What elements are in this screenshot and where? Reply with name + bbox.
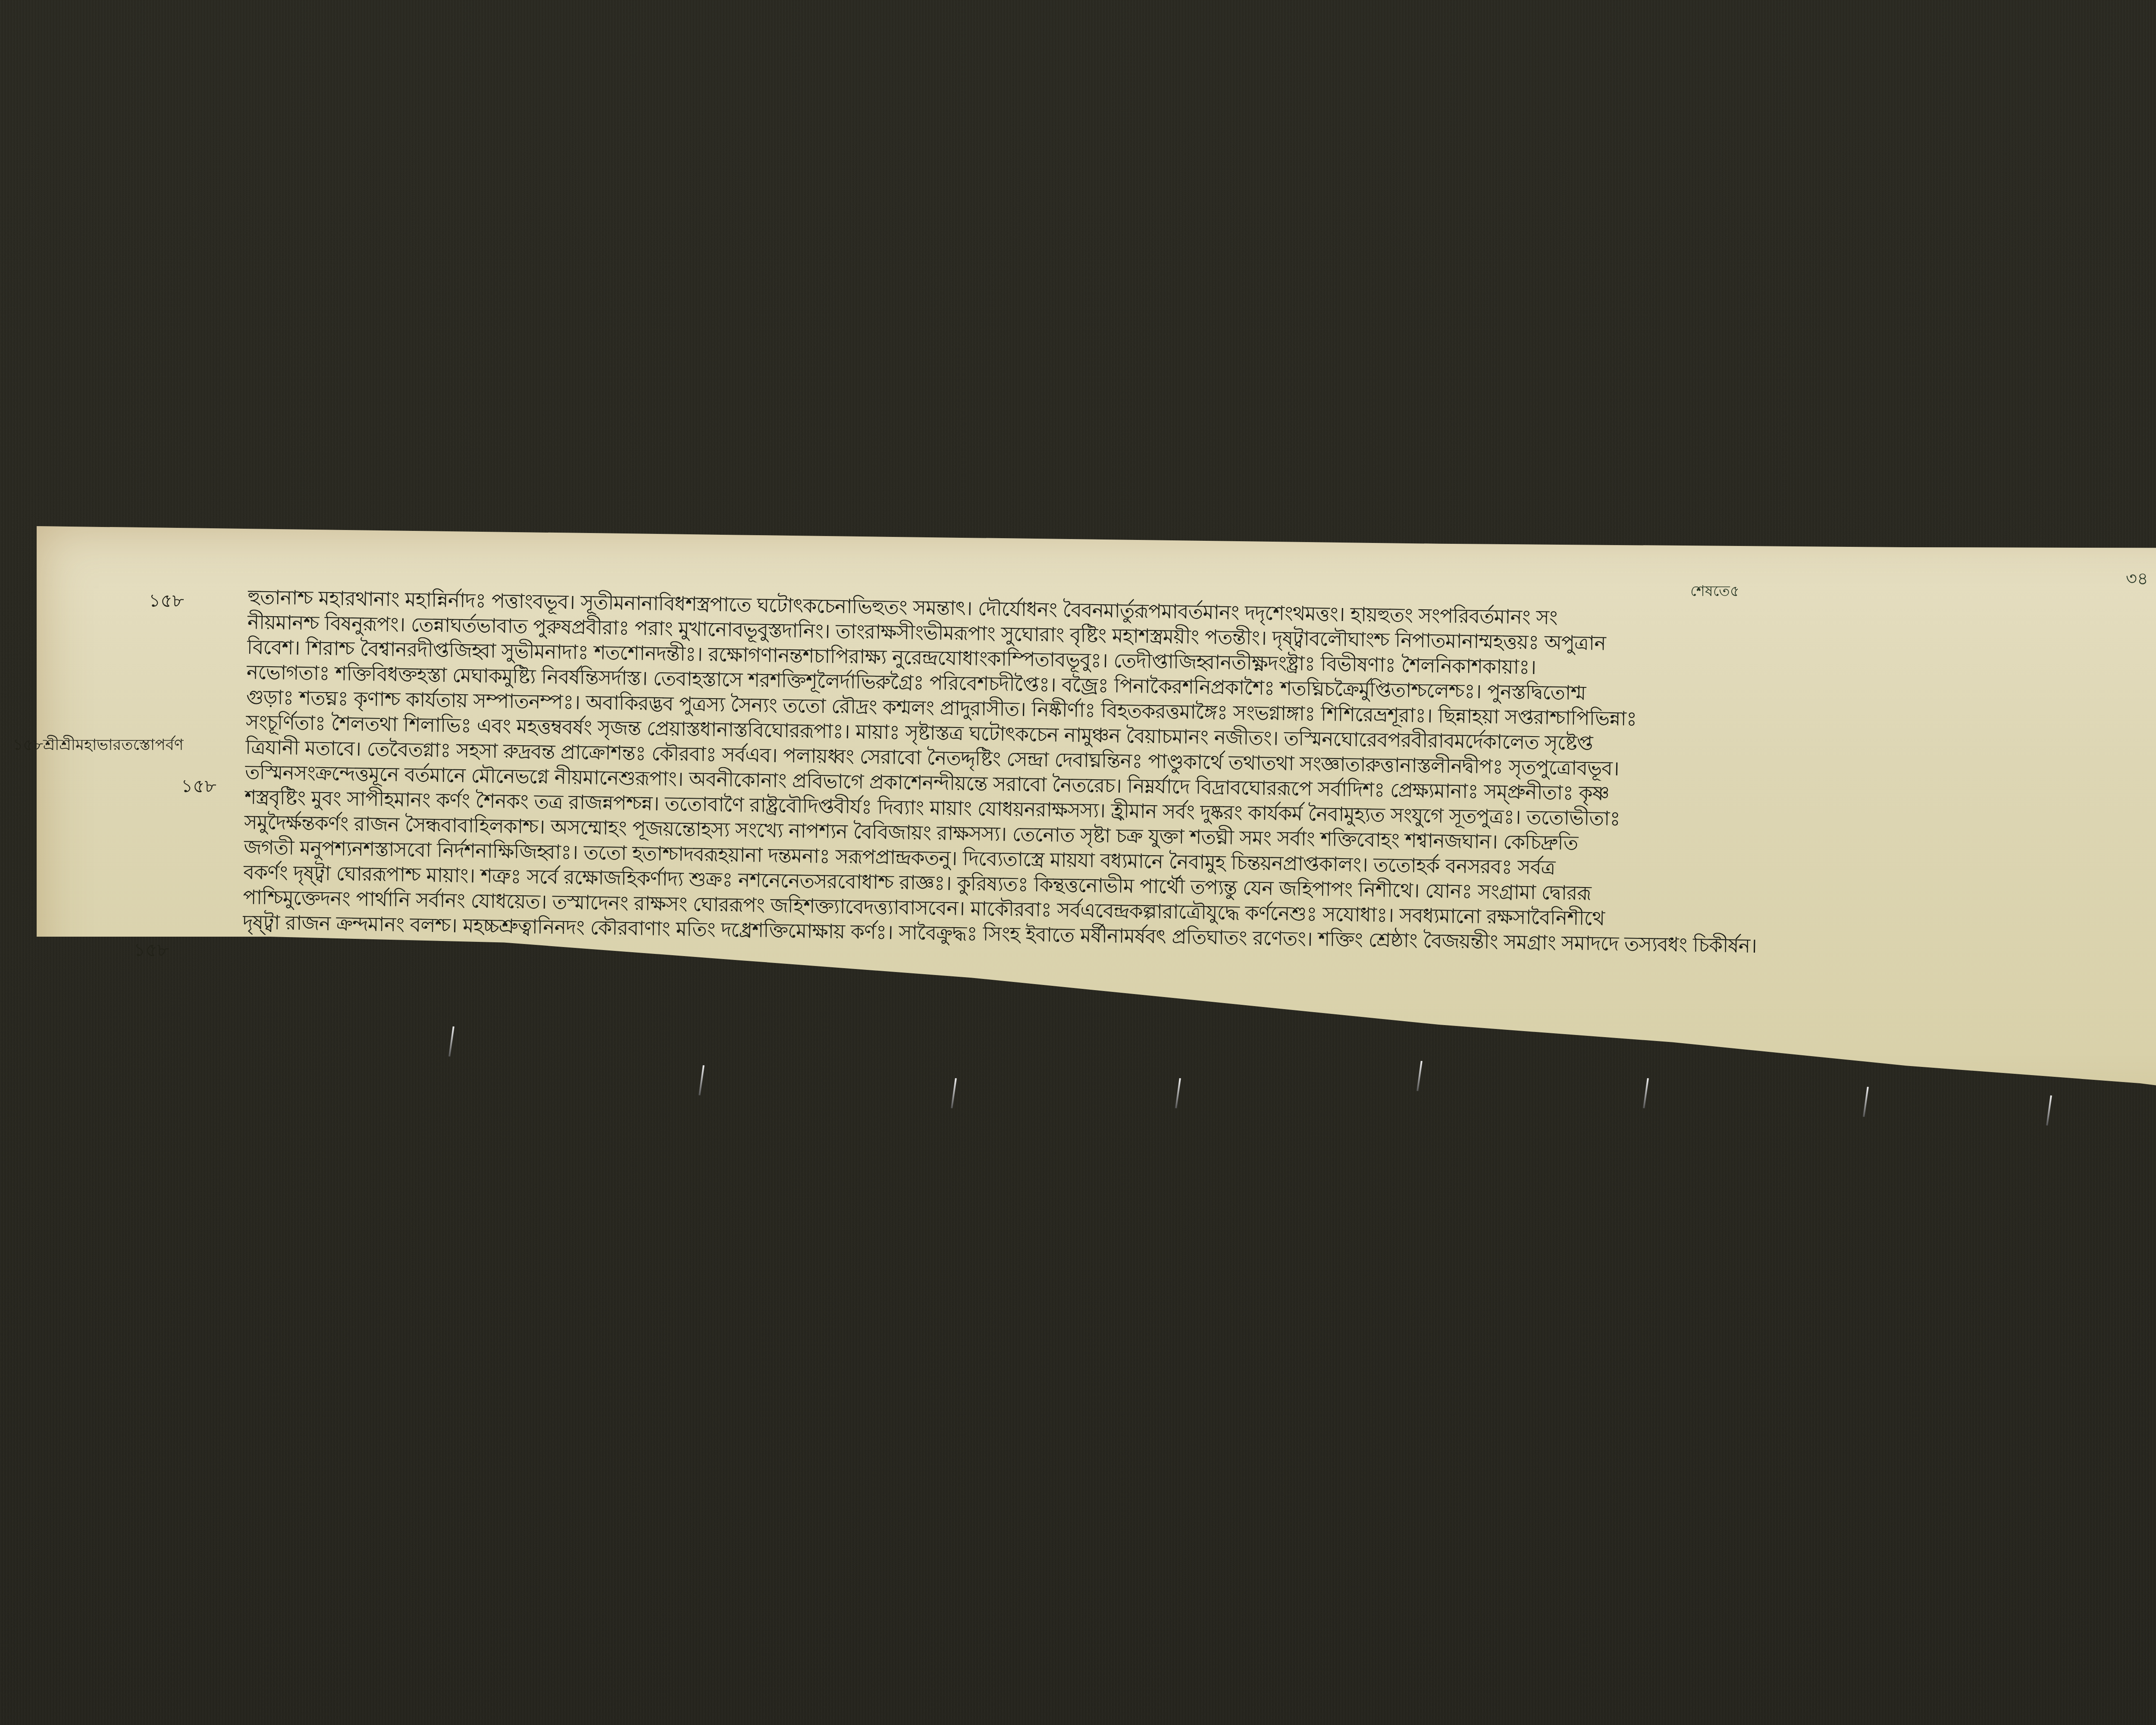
left-margin-mark: ১৫৮ <box>134 936 169 966</box>
left-margin-mark: ১৫৮ <box>149 586 184 617</box>
folio-number: ৩৪ <box>2126 565 2148 594</box>
left-margin-mark: ১৫৮ <box>181 772 216 803</box>
manuscript-text-block: হুতানাশ্চ মহারথানাং মহান্নির্নাদঃ পত্তাং… <box>242 584 2156 965</box>
left-margin-long-note: ১৫৮শ্রীশ্রীমহাভারতস্তোপর্বণ <box>13 733 183 759</box>
header-annotation: শেষতে৫ <box>1690 580 1739 605</box>
